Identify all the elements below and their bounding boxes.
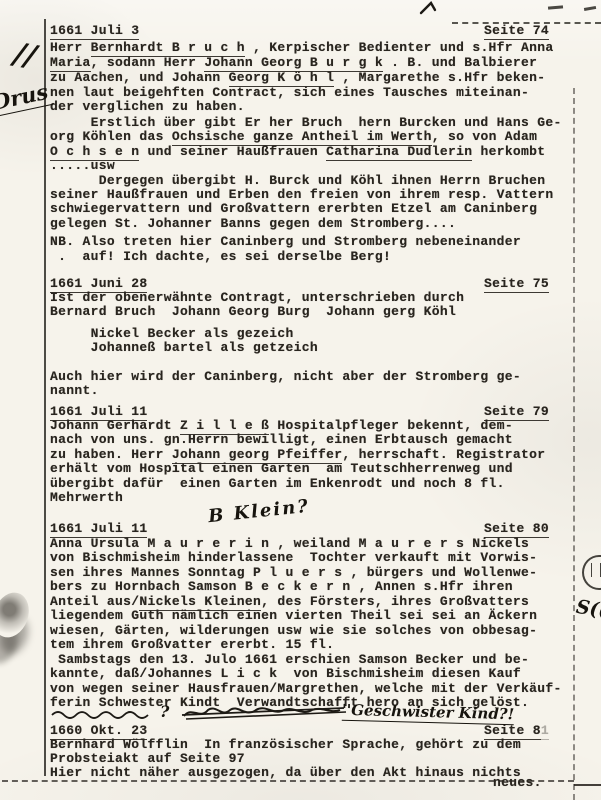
text-segment: neues.	[493, 775, 542, 790]
typed-line: sen ihres Mannes Sonntag P l u e r s , b…	[50, 566, 537, 580]
typed-line: übergibt dafür einen Garten im Enkenrodt…	[50, 477, 505, 491]
text-segment: Johanneß bartel als getzeich	[50, 340, 318, 355]
bottom-right-rule	[574, 784, 601, 786]
pencil-dash-icon	[584, 6, 596, 11]
text-segment: tem ihrem Großvatter ererbt. 15 fl.	[50, 637, 334, 652]
page-number: Seite 74	[484, 24, 549, 38]
typed-line: bers zu Hornbach Samson B e c k e r n , …	[50, 580, 513, 594]
typed-line: tem ihrem Großvatter ererbt. 15 fl.	[50, 638, 334, 652]
typed-line: Bernard Bruch Johann Georg Burg Johann g…	[50, 305, 456, 319]
page-number: Seite 81	[484, 724, 549, 738]
text-segment: seiner Haußfrauen und Erben den freien v…	[50, 187, 554, 202]
text-segment: bers zu Hornbach Samson B e c k e r n , …	[50, 579, 513, 594]
text-segment: Anteil aus/	[50, 594, 139, 609]
text-segment: nannt.	[50, 383, 99, 398]
text-segment: , des Försters, ihres Großvatters	[261, 594, 529, 609]
text-segment: , Kerpischer Bedienter und s.Hfr Anna	[245, 40, 554, 55]
right-margin-annotation: S((	[575, 596, 601, 622]
typed-line: Johann Gerhardt Z i l l e ß Hospitalpfle…	[50, 419, 513, 433]
typed-line: kannte, daß/Johannes L i c k von Bischmi…	[50, 667, 521, 681]
text-segment: . B. und Balbierer	[383, 55, 537, 70]
page-number: Seite 79	[484, 405, 549, 419]
circled-mark-icon	[582, 555, 601, 590]
typed-line: . auf! Ich dachte, es sei derselbe Berg!	[50, 250, 391, 264]
typed-line: gelegen St. Johanner Banns gegen dem Str…	[50, 217, 456, 231]
text-segment: herkombt	[472, 144, 545, 159]
right-margin-rule	[573, 88, 575, 800]
typed-line: .....usw	[50, 159, 115, 173]
typed-line: liegendem Guth nämlich einen vierten The…	[50, 609, 537, 623]
text-segment: , sodann Herr	[91, 55, 205, 70]
text-segment: von Bischmisheim hinderlassene Tochter v…	[50, 550, 537, 565]
text-segment: übergibt dafür einen Garten im Enkenrodt…	[50, 476, 505, 491]
text-segment: wiesen, Gärten, wilderungen usw wie sie …	[50, 623, 537, 638]
typed-line: seiner Haußfrauen und Erben den freien v…	[50, 188, 554, 202]
typed-line: erhält vom Hospital einen Garten am Teut…	[50, 462, 513, 476]
text-segment: sen ihres Mannes Sonntag P l u e r s , b…	[50, 565, 537, 580]
page-number: Seite 80	[484, 522, 549, 536]
text-segment: Ist der obenerwähnte Contragt, unterschr…	[50, 290, 464, 305]
date-heading: 1661 Juli 11	[50, 522, 147, 536]
text-segment: gelegen St. Johanner Banns gegen dem Str…	[50, 216, 456, 231]
text-segment: zu haben. Herr	[50, 447, 172, 462]
text-segment: . auf! Ich dachte, es sei derselbe Berg!	[50, 249, 391, 264]
text-segment: Bernard Bruch Johann Georg Burg Johann g…	[50, 304, 456, 319]
text-segment: Nickel Becker als gezeich	[50, 326, 294, 341]
klein-note-annotation: B Klein?	[207, 496, 311, 528]
typed-line: Johanneß bartel als getzeich	[50, 341, 318, 355]
typed-line: Herr Bernhardt B r u c h , Kerpischer Be…	[50, 41, 554, 55]
text-segment: Herr	[50, 40, 91, 55]
text-segment: und seiner Haußfrauen	[139, 144, 326, 159]
text-segment: liegendem Guth nämlich einen vierten The…	[50, 608, 537, 623]
typed-line: NB. Also treten hier Caninberg und Strom…	[50, 235, 521, 249]
typed-line: Maria, sodann Herr Johann Georg B u r g …	[50, 56, 537, 70]
text-segment: , Margarethe s.Hfr beken-	[334, 70, 545, 85]
question-mark-annotation: ?	[160, 702, 169, 721]
typed-line: schwiegervattern und Großvattern ererbte…	[50, 202, 537, 216]
circled-mark-strokes	[591, 563, 601, 577]
typed-line: zu haben. Herr Johann georg Pfeiffer, he…	[50, 448, 545, 462]
typed-line: wiesen, Gärten, wilderungen usw wie sie …	[50, 624, 537, 638]
text-segment: Anna Ursula M a u r e r i n , weiland M …	[50, 536, 529, 551]
typed-line: der verglichen zu haben.	[50, 100, 245, 114]
typed-line: Anna Ursula M a u r e r i n , weiland M …	[50, 537, 529, 551]
typed-line: nannt.	[50, 384, 99, 398]
text-segment: Dergegen übergibt H. Burck und Köhl ihne…	[50, 173, 545, 188]
geschwister-note-annotation: ''Geschwister Kind?!	[342, 701, 515, 726]
typed-line: nach von uns. gn.Herrn bewilligt, einen …	[50, 433, 513, 447]
typed-line: Probsteiakt auf Seite 97	[50, 752, 245, 766]
typed-line: Bernhard Wölfflin In französischer Sprac…	[50, 738, 521, 752]
checkmark-icon	[418, 0, 442, 16]
date-heading: 1660 Okt. 23	[50, 724, 147, 738]
typed-line: von Bischmisheim hinderlassene Tochter v…	[50, 551, 537, 565]
text-segment: .....usw	[50, 158, 115, 173]
text-segment: org Köhlen das	[50, 129, 172, 144]
typed-line: neues.	[493, 776, 542, 790]
underlined-text: 1661 Juli 3	[50, 23, 139, 40]
typed-line: Nickel Becker als gezeich	[50, 327, 294, 341]
typed-line: org Köhlen das Ochsische ganze Antheil i…	[50, 130, 537, 144]
typed-line: Ist der obenerwähnte Contragt, unterschr…	[50, 291, 464, 305]
text-segment: erhält vom Hospital einen Garten am Teut…	[50, 461, 513, 476]
text-segment: Hospitalpfleger bekennt, dem-	[269, 418, 513, 433]
text-segment: , so von Adam	[432, 129, 538, 144]
typed-line: Auch hier wird der Caninberg, nicht aber…	[50, 370, 521, 384]
text-segment: Sambstags den 13. Julo 1661 erschien Sam…	[50, 652, 529, 667]
text-segment: Erstlich über gibt Er her Bruch hern Bur…	[50, 115, 562, 130]
text-segment: Auch hier wird der Caninberg, nicht aber…	[50, 369, 521, 384]
underlined-text: Seite 75	[484, 276, 549, 293]
text-segment: schwiegervattern und Großvattern ererbte…	[50, 201, 537, 216]
typed-line: Hier nicht näher ausgezogen, da über den…	[50, 766, 521, 780]
text-segment: zu Aachen, und Johann	[50, 70, 229, 85]
text-segment: Mehrwerth	[50, 490, 123, 505]
scanned-document-page: 1661 Juli 3Seite 74Herr Bernhardt B r u …	[0, 0, 601, 800]
text-segment: NB. Also treten hier Caninberg und Strom…	[50, 234, 521, 249]
bottom-dashed-rule	[2, 780, 574, 782]
text-segment: Johann Gerhardt	[50, 418, 180, 433]
margin-slashes-annotation: //	[11, 36, 39, 74]
ink-smudge	[0, 588, 35, 643]
wavy-underline	[50, 707, 154, 721]
text-segment: Probsteiakt auf Seite 97	[50, 751, 245, 766]
pencil-dash-icon	[548, 5, 563, 9]
text-segment: Hier nicht näher ausgezogen, da über den…	[50, 765, 521, 780]
typed-line: von wegen seiner Hausfrauen/Margrethen, …	[50, 682, 562, 696]
text-segment: von wegen seiner Hausfrauen/Margrethen, …	[50, 681, 562, 696]
text-segment: Bernhard Wölfflin In französischer Sprac…	[50, 737, 521, 752]
page-number: Seite 75	[484, 277, 549, 291]
typed-line: nen laut beigehften Contract, sich eines…	[50, 86, 529, 100]
underlined-text: 1	[541, 723, 549, 740]
text-segment: kannte, daß/Johannes L i c k von Bischmi…	[50, 666, 521, 681]
typed-line: Sambstags den 13. Julo 1661 erschien Sam…	[50, 653, 529, 667]
date-heading: 1661 Juni 28	[50, 277, 147, 291]
underlined-text: Seite 74	[484, 23, 549, 40]
underlined-text: Catharina Dudlerin	[326, 144, 472, 161]
margin-word-annotation: Drus	[0, 78, 55, 117]
crossed-out-handwriting	[182, 702, 348, 726]
typed-line: Anteil aus/Nickels Kleinen, des Försters…	[50, 595, 529, 609]
typed-line: Dergegen übergibt H. Burck und Köhl ihne…	[50, 174, 545, 188]
typed-line: zu Aachen, und Johann Georg K ö h l , Ma…	[50, 71, 545, 85]
text-segment: der verglichen zu haben.	[50, 99, 245, 114]
left-margin-rule	[44, 19, 46, 776]
date-heading: 1661 Juli 11	[50, 405, 147, 419]
text-segment: , herrschaft. Registrator	[342, 447, 545, 462]
text-segment: nach von uns. gn.Herrn bewilligt, einen …	[50, 432, 513, 447]
typed-line: Erstlich über gibt Er her Bruch hern Bur…	[50, 116, 562, 130]
typed-line: O c h s e n und seiner Haußfrauen Cathar…	[50, 145, 545, 159]
typed-line: Mehrwerth	[50, 491, 123, 505]
text-segment: nen laut beigehften Contract, sich eines…	[50, 85, 529, 100]
date-heading: 1661 Juli 3	[50, 24, 139, 38]
